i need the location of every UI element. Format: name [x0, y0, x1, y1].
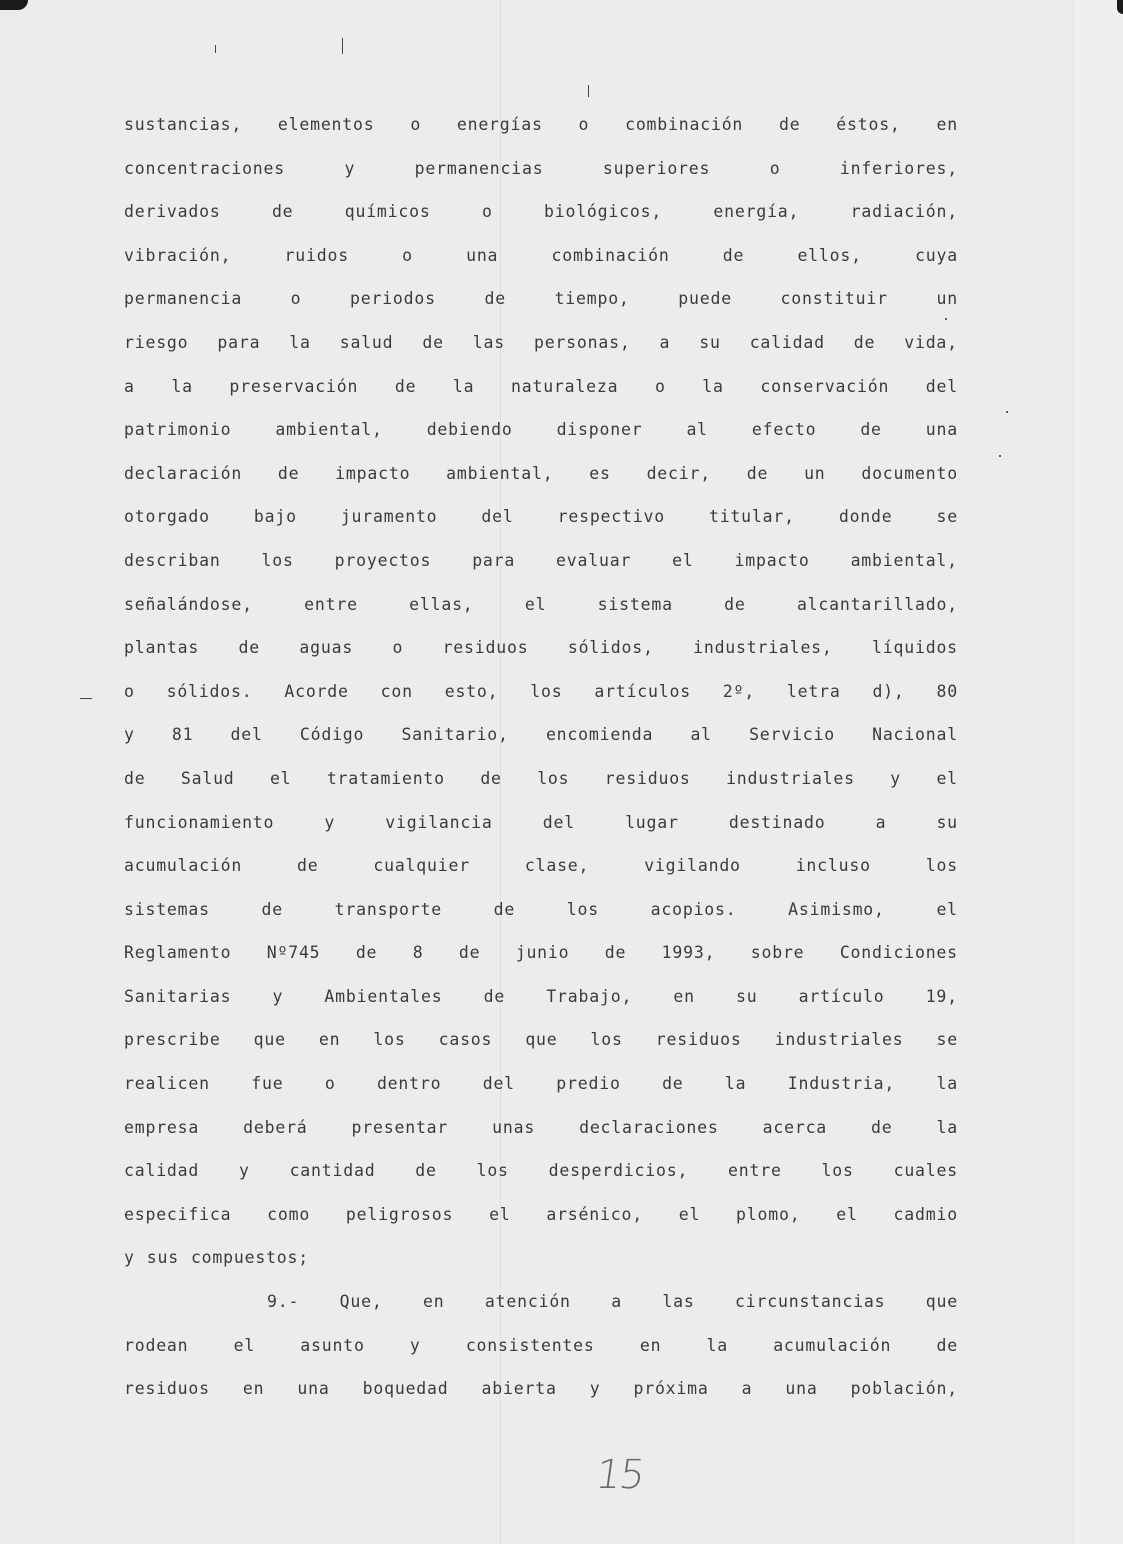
word: prescribe: [124, 1023, 221, 1067]
word: esto,: [445, 675, 499, 719]
word: la: [453, 370, 474, 414]
word: atención: [485, 1285, 571, 1329]
word: de: [860, 413, 881, 457]
text-line: señalándose,entreellas,elsistemadealcant…: [124, 588, 958, 632]
text-line: describanlosproyectosparaevaluarelimpact…: [124, 544, 958, 588]
word: el: [936, 893, 957, 937]
word: en: [319, 1023, 340, 1067]
word: calidad: [750, 326, 825, 370]
word: peligrosos: [346, 1198, 453, 1242]
word: impacto: [735, 544, 810, 588]
word: la: [725, 1067, 746, 1111]
word: líquidos: [872, 631, 958, 675]
word: sus: [147, 1241, 179, 1285]
word: o: [770, 152, 781, 196]
word: cualquier: [373, 849, 470, 893]
word: vida,: [904, 326, 958, 370]
word: en: [243, 1372, 264, 1416]
word: Ambientales: [324, 980, 442, 1024]
word: documento: [861, 457, 958, 501]
word: señalándose,: [124, 588, 253, 632]
word: periodos: [350, 282, 436, 326]
word: una: [297, 1372, 329, 1416]
word: tratamiento: [327, 762, 445, 806]
word: de: [297, 849, 318, 893]
text-line: SanitariasyAmbientalesdeTrabajo,ensuartí…: [124, 980, 958, 1024]
word: de: [272, 195, 293, 239]
word: Código: [300, 718, 364, 762]
text-line: realicenfueodentrodelprediodelaIndustria…: [124, 1067, 958, 1111]
word: su: [736, 980, 757, 1024]
word: que: [926, 1285, 958, 1329]
word: de: [356, 936, 377, 980]
word: población,: [851, 1372, 958, 1416]
text-line: rodeanelasuntoyconsistentesenlaacumulaci…: [124, 1329, 958, 1373]
text-line: declaracióndeimpactoambiental,esdecir,de…: [124, 457, 958, 501]
word: energías: [457, 108, 543, 152]
word: empresa: [124, 1111, 199, 1155]
word: tiempo,: [555, 282, 630, 326]
scan-artifact: [342, 38, 343, 54]
word: en: [673, 980, 694, 1024]
word: Trabajo,: [546, 980, 632, 1024]
word: plomo,: [736, 1198, 800, 1242]
word: residuos: [443, 631, 529, 675]
word: del: [231, 718, 263, 762]
word: sustancias,: [124, 108, 242, 152]
word: se: [937, 500, 958, 544]
word: de: [278, 457, 299, 501]
word: la: [937, 1111, 958, 1155]
word: preservación: [229, 370, 358, 414]
word: de: [779, 108, 800, 152]
word: del: [926, 370, 958, 414]
word: 2º,: [723, 675, 755, 719]
word: y: [344, 152, 355, 196]
word: boquedad: [363, 1372, 449, 1416]
word: los: [822, 1154, 854, 1198]
word: y: [239, 1154, 250, 1198]
text-line: osólidos.Acordeconesto,losartículos2º,le…: [124, 675, 958, 719]
word: acerca: [763, 1111, 827, 1155]
word: Acorde: [284, 675, 348, 719]
word: sistemas: [124, 893, 210, 937]
word: próxima: [633, 1372, 708, 1416]
text-line: prescribequeenloscasosquelosresiduosindu…: [124, 1023, 958, 1067]
word: desperdicios,: [549, 1154, 689, 1198]
word: al: [686, 413, 707, 457]
word: de: [459, 936, 480, 980]
text-line: patrimonioambiental,debiendodisponeralef…: [124, 413, 958, 457]
word: otorgado: [124, 500, 210, 544]
word: de: [724, 588, 745, 632]
word: y: [410, 1329, 421, 1373]
word: efecto: [752, 413, 816, 457]
word: deberá: [243, 1111, 307, 1155]
text-line: concentracionesypermanenciassuperioresoi…: [124, 152, 958, 196]
word: es: [589, 457, 610, 501]
word: los: [537, 762, 569, 806]
word: de: [239, 631, 260, 675]
text-line: 9.-Que,enatenciónalascircunstanciasque: [124, 1285, 958, 1329]
word: en: [640, 1329, 661, 1373]
word: de: [484, 282, 505, 326]
word: respectivo: [558, 500, 665, 544]
word: juramento: [341, 500, 438, 544]
word: Nacional: [872, 718, 958, 762]
word: describan: [124, 544, 221, 588]
word: el: [836, 1198, 857, 1242]
word: de: [723, 239, 744, 283]
word: un: [804, 457, 825, 501]
word: para: [217, 326, 260, 370]
word: puede: [678, 282, 732, 326]
scan-artifact: [588, 85, 589, 97]
text-line: especificacomopeligrososelarsénico,elplo…: [124, 1198, 958, 1242]
word: vigilando: [644, 849, 741, 893]
word: d),: [872, 675, 904, 719]
word: declaraciones: [579, 1111, 719, 1155]
word: aguas: [299, 631, 353, 675]
word: se: [937, 1023, 958, 1067]
word: acumulación: [773, 1329, 891, 1373]
word: salud: [340, 326, 394, 370]
word: o: [392, 631, 403, 675]
word: la: [702, 370, 723, 414]
word: o: [402, 239, 413, 283]
word: energía,: [713, 195, 799, 239]
word: la: [936, 1067, 957, 1111]
word: cadmio: [894, 1198, 958, 1242]
word: los: [373, 1023, 405, 1067]
word: de: [494, 893, 515, 937]
word: cuya: [915, 239, 958, 283]
word: especifica: [124, 1198, 231, 1242]
word: industriales,: [693, 631, 833, 675]
word: los: [477, 1154, 509, 1198]
word: o: [124, 675, 135, 719]
word: de: [936, 1329, 957, 1373]
word: o: [291, 282, 302, 326]
word: su: [699, 326, 720, 370]
word: naturaleza: [511, 370, 618, 414]
word: abierta: [482, 1372, 557, 1416]
text-line: sustancias,elementosoenergíasocombinació…: [124, 108, 958, 152]
word: fue: [251, 1067, 283, 1111]
word: o: [410, 108, 421, 152]
word: 81: [172, 718, 193, 762]
text-line: ysuscompuestos;: [124, 1241, 958, 1285]
text-line: derivadosdequímicosobiológicos,energía,r…: [124, 195, 958, 239]
text-line: permanenciaoperiodosdetiempo,puedeconsti…: [124, 282, 958, 326]
word: ellos,: [797, 239, 861, 283]
word: 8: [413, 936, 424, 980]
fold-line: [1073, 0, 1074, 1544]
word: vibración,: [124, 239, 231, 283]
word: industriales: [775, 1023, 904, 1067]
word: proyectos: [335, 544, 432, 588]
word: compuestos;: [191, 1241, 309, 1285]
word: decir,: [647, 457, 711, 501]
word: ruidos: [285, 239, 349, 283]
word: al: [690, 718, 711, 762]
text-line: empresadeberápresentarunasdeclaracionesa…: [124, 1111, 958, 1155]
text-line: funcionamientoyvigilanciadellugardestina…: [124, 806, 958, 850]
word: artículo: [799, 980, 885, 1024]
word: de: [871, 1111, 892, 1155]
word: sólidos.: [167, 675, 253, 719]
word: de: [480, 762, 501, 806]
word: que: [254, 1023, 286, 1067]
scan-corner: [0, 0, 28, 10]
word: Reglamento: [124, 936, 231, 980]
word: permanencia: [124, 282, 242, 326]
word: encomienda: [546, 718, 653, 762]
word: el: [936, 762, 957, 806]
word: ambiental,: [446, 457, 553, 501]
word: las: [662, 1285, 694, 1329]
word: sólidos,: [568, 631, 654, 675]
word: constituir: [781, 282, 888, 326]
word: o: [325, 1067, 336, 1111]
word: y: [590, 1372, 601, 1416]
word: alcantarillado,: [797, 588, 958, 632]
word: los: [926, 849, 958, 893]
text-line: y81delCódigoSanitario,encomiendaalServic…: [124, 718, 958, 762]
word: a: [124, 370, 135, 414]
word: disponer: [557, 413, 643, 457]
word: los: [530, 675, 562, 719]
word: elementos: [278, 108, 375, 152]
word: combinación: [625, 108, 743, 152]
word: circunstancias: [735, 1285, 885, 1329]
word: declaración: [124, 457, 242, 501]
word: patrimonio: [124, 413, 231, 457]
text-line: riesgoparalasaluddelaspersonas,asucalida…: [124, 326, 958, 370]
word: la: [289, 326, 310, 370]
word: y: [124, 1241, 135, 1285]
text-line: plantasdeaguasoresiduossólidos,industria…: [124, 631, 958, 675]
word: el: [672, 544, 693, 588]
word: y: [890, 762, 901, 806]
word: acumulación: [124, 849, 242, 893]
word: riesgo: [124, 326, 188, 370]
word: Salud: [181, 762, 235, 806]
word: ambiental,: [851, 544, 958, 588]
word: entre: [304, 588, 358, 632]
word: predio: [556, 1067, 620, 1111]
text-line: residuosenunaboquedadabiertaypróximaauna…: [124, 1372, 958, 1416]
word: Sanitario,: [401, 718, 508, 762]
text-line: acumulacióndecualquierclase,vigilandoinc…: [124, 849, 958, 893]
word: con: [381, 675, 413, 719]
word: sistema: [598, 588, 673, 632]
word: transporte: [335, 893, 442, 937]
word: destinado: [729, 806, 826, 850]
scan-artifact: [999, 455, 1001, 457]
word: permanencias: [415, 152, 544, 196]
word: a: [876, 806, 887, 850]
word: el: [234, 1329, 255, 1373]
word: éstos,: [836, 108, 900, 152]
word: Servicio: [749, 718, 835, 762]
word: bajo: [254, 500, 297, 544]
word: en: [936, 108, 957, 152]
text-line: alapreservacióndelanaturalezaolaconserva…: [124, 370, 958, 414]
word: concentraciones: [124, 152, 285, 196]
word: entre: [728, 1154, 782, 1198]
word: plantas: [124, 631, 199, 675]
text-line: otorgadobajojuramentodelrespectivotitula…: [124, 500, 958, 544]
word: un: [936, 282, 957, 326]
word: sobre: [751, 936, 805, 980]
word: combinación: [552, 239, 670, 283]
word: residuos: [656, 1023, 742, 1067]
word: o: [579, 108, 590, 152]
word: Nº745: [267, 936, 321, 980]
word: unas: [492, 1111, 535, 1155]
word: la: [171, 370, 192, 414]
word: y: [124, 718, 135, 762]
word: calidad: [124, 1154, 199, 1198]
word: la: [707, 1329, 728, 1373]
word: realicen: [124, 1067, 210, 1111]
word: 1993,: [662, 936, 716, 980]
word: donde: [839, 500, 893, 544]
word: Industria,: [788, 1067, 895, 1111]
word: de: [854, 326, 875, 370]
word: artículos: [594, 675, 691, 719]
word: de: [605, 936, 626, 980]
page-number: 15: [593, 1452, 646, 1498]
word: letra: [787, 675, 841, 719]
word: y: [273, 980, 284, 1024]
text-line: vibración,ruidosounacombinacióndeellos,c…: [124, 239, 958, 283]
word: consistentes: [466, 1329, 595, 1373]
word: radiación,: [851, 195, 958, 239]
word: de: [422, 326, 443, 370]
word: una: [926, 413, 958, 457]
word: 80: [937, 675, 958, 719]
text-line: sistemasdetransportedelosacopios.Asimism…: [124, 893, 958, 937]
word: Sanitarias: [124, 980, 231, 1024]
word: conservación: [760, 370, 889, 414]
word: residuos: [124, 1372, 210, 1416]
word: industriales: [726, 762, 855, 806]
word: de: [662, 1067, 683, 1111]
word: en: [423, 1285, 444, 1329]
word: 19,: [926, 980, 958, 1024]
word: 9.-: [267, 1285, 299, 1329]
word: como: [267, 1198, 310, 1242]
word: inferiores,: [840, 152, 958, 196]
word: titular,: [709, 500, 795, 544]
word: químicos: [345, 195, 431, 239]
word: los: [262, 544, 294, 588]
word: y: [324, 806, 335, 850]
scan-corner: [1117, 0, 1123, 14]
word: a: [660, 326, 671, 370]
word: ellas,: [409, 588, 473, 632]
word: incluso: [796, 849, 871, 893]
word: ambiental,: [275, 413, 382, 457]
word: arsénico,: [546, 1198, 643, 1242]
word: las: [473, 326, 505, 370]
word: que: [525, 1023, 557, 1067]
word: cantidad: [290, 1154, 376, 1198]
word: superiores: [603, 152, 710, 196]
word: impacto: [335, 457, 410, 501]
text-line: deSaludeltratamientodelosresiduosindustr…: [124, 762, 958, 806]
word: de: [747, 457, 768, 501]
scan-artifact: [215, 45, 216, 53]
word: o: [482, 195, 493, 239]
word: del: [481, 500, 513, 544]
word: Que,: [340, 1285, 383, 1329]
word: personas,: [534, 326, 631, 370]
word: acopios.: [651, 893, 737, 937]
word: a: [742, 1372, 753, 1416]
word: debiendo: [427, 413, 513, 457]
word: residuos: [605, 762, 691, 806]
word: biológicos,: [544, 195, 662, 239]
word: para: [472, 544, 515, 588]
word: una: [785, 1372, 817, 1416]
word: rodean: [124, 1329, 188, 1373]
document-body: sustancias,elementosoenergíasocombinació…: [124, 108, 958, 1416]
word: Condiciones: [840, 936, 958, 980]
word: los: [567, 893, 599, 937]
word: una: [466, 239, 498, 283]
word: el: [270, 762, 291, 806]
scan-artifact: [1006, 411, 1008, 413]
word: presentar: [352, 1111, 449, 1155]
word: del: [543, 806, 575, 850]
word: asunto: [300, 1329, 364, 1373]
word: los: [591, 1023, 623, 1067]
word: clase,: [525, 849, 589, 893]
word: derivados: [124, 195, 221, 239]
page-margin-strip: [1073, 0, 1123, 1544]
word: a: [611, 1285, 622, 1329]
word: cuales: [894, 1154, 958, 1198]
word: casos: [439, 1023, 493, 1067]
word: de: [262, 893, 283, 937]
word: evaluar: [556, 544, 631, 588]
text-line: ReglamentoNº745de8dejuniode1993,sobreCon…: [124, 936, 958, 980]
word: lugar: [625, 806, 679, 850]
word: el: [525, 588, 546, 632]
word: funcionamiento: [124, 806, 274, 850]
word: de: [484, 980, 505, 1024]
word: Asimismo,: [788, 893, 885, 937]
word: el: [679, 1198, 700, 1242]
word: de: [124, 762, 145, 806]
word: del: [483, 1067, 515, 1111]
scan-artifact: [80, 698, 92, 699]
text-line: calidadycantidaddelosdesperdicios,entrel…: [124, 1154, 958, 1198]
word: junio: [516, 936, 570, 980]
word: de: [395, 370, 416, 414]
word: el: [489, 1198, 510, 1242]
word: dentro: [377, 1067, 441, 1111]
word: de: [415, 1154, 436, 1198]
word: su: [936, 806, 957, 850]
word: vigilancia: [385, 806, 492, 850]
word: o: [655, 370, 666, 414]
